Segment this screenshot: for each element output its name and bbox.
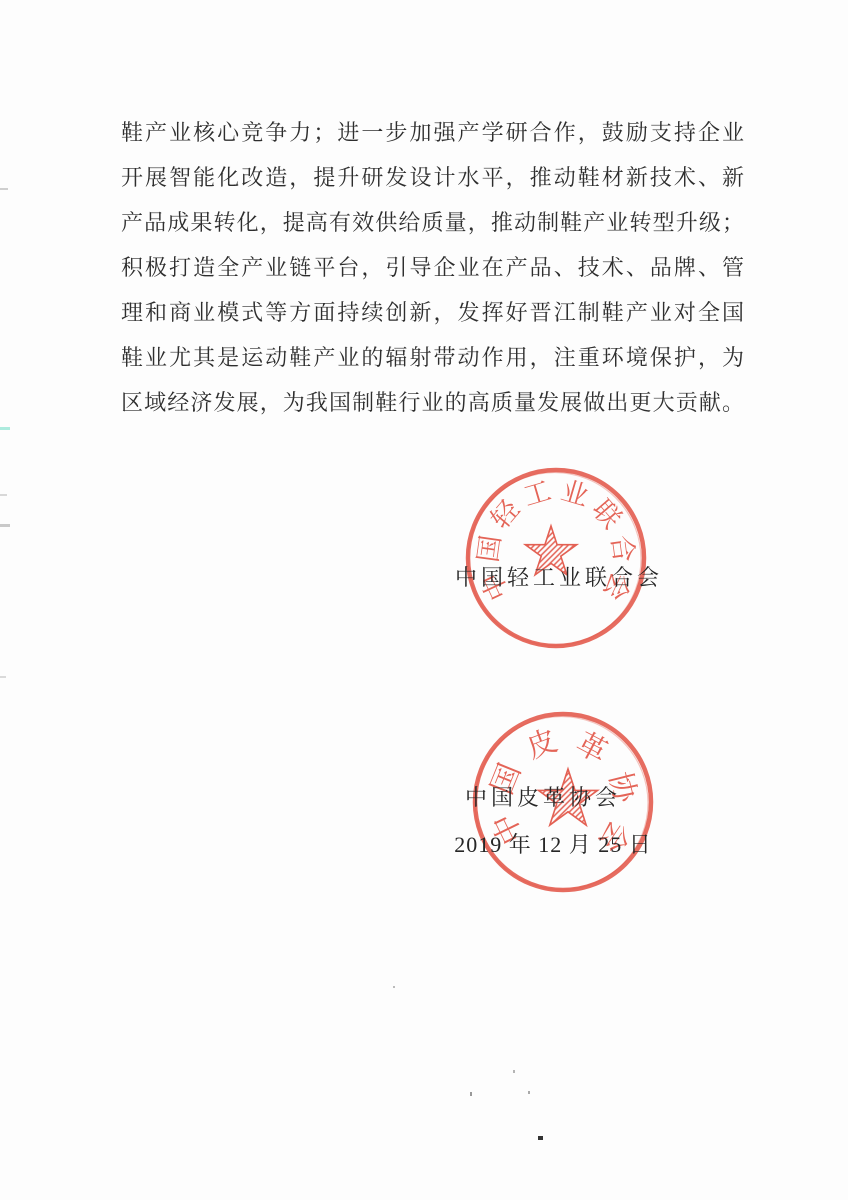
seal-arc-character: 皮 (522, 724, 561, 765)
paragraph-line: 鞋业尤其是运动鞋产业的辐射带动作用，注重环境保护，为 (121, 335, 745, 380)
paragraph-line: 鞋产业核心竞争力；进一步加强产学研合作，鼓励支持企业 (121, 110, 745, 155)
scan-artifact (538, 1136, 543, 1140)
scan-artifact (513, 1070, 515, 1073)
scan-artifact (0, 676, 6, 678)
signature-leather-association: 中国皮革协会 (432, 786, 654, 810)
seal-arc-character: 轻 (485, 494, 526, 535)
seal-arc-character: 联 (587, 494, 627, 534)
red-seal-light-industry: 中国轻工业联合会 (456, 458, 656, 658)
paragraph-line: 开展智能化改造，提升研发设计水平，推动鞋材新技术、新 (121, 155, 745, 200)
seal-arc-character: 工 (520, 475, 554, 511)
paragraph-line: 积极打造全产业链平台，引导企业在产品、技术、品牌、管 (121, 245, 745, 290)
scan-artifact (393, 986, 395, 988)
scan-artifact (0, 427, 10, 430)
signature-light-industry-council: 中国轻工业联合会 (448, 566, 670, 590)
scan-artifact (0, 524, 10, 527)
paragraph-line: 区域经济发展，为我国制鞋行业的高质量发展做出更大贡献。 (121, 380, 745, 425)
scan-artifact (528, 1091, 530, 1094)
seal-ring (468, 470, 644, 646)
paragraph-line: 产品成果转化，提高有效供给质量，推动制鞋产业转型升级； (121, 200, 745, 245)
seal-arc-character: 国 (473, 533, 506, 564)
scan-artifact (0, 494, 7, 496)
document-page: 鞋产业核心竞争力；进一步加强产学研合作，鼓励支持企业 开展智能化改造，提升研发设… (0, 0, 848, 1200)
scan-artifact (470, 1092, 472, 1096)
paragraph-line: 理和商业模式等方面持续创新，发挥好晋江制鞋产业对全国 (121, 290, 745, 335)
red-seal-graphic: 中国轻工业联合会 (456, 458, 656, 658)
seal-arc-character: 业 (558, 475, 592, 511)
seal-arc-character: 合 (606, 533, 639, 564)
body-paragraph: 鞋产业核心竞争力；进一步加强产学研合作，鼓励支持企业 开展智能化改造，提升研发设… (121, 110, 745, 425)
scan-artifact (0, 188, 8, 190)
seal-arc-character: 革 (571, 726, 613, 769)
document-date: 2019 年 12 月 25 日 (442, 833, 664, 857)
